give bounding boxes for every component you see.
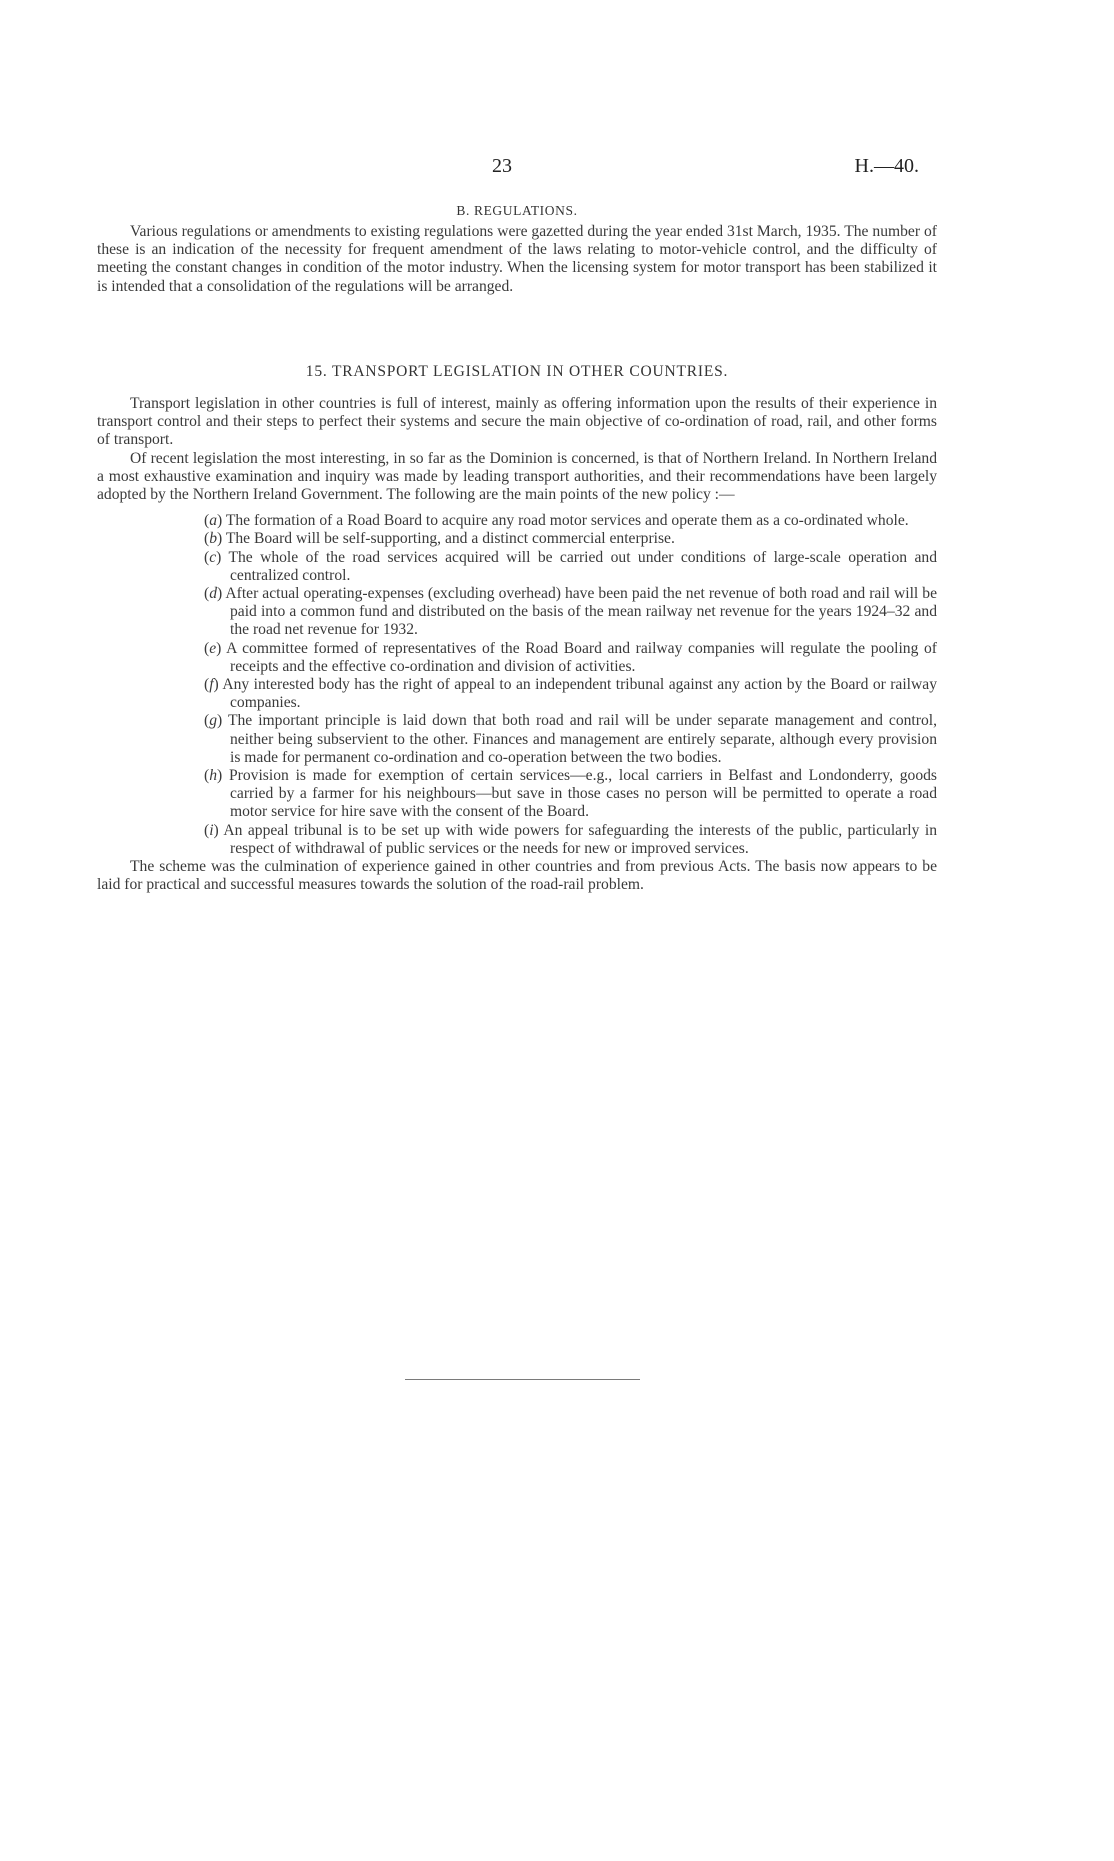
policy-point: (c) The whole of the road services acqui…: [172, 549, 937, 585]
end-rule-divider: [405, 1379, 640, 1380]
policy-point: (i) An appeal tribunal is to be set up w…: [172, 822, 937, 858]
policy-point-text: The Board will be self-supporting, and a…: [226, 530, 675, 547]
list-marker: (f): [204, 676, 219, 693]
policy-point: (f) Any interested body has the right of…: [172, 676, 937, 712]
policy-point-text: Provision is made for exemption of certa…: [229, 767, 937, 820]
policy-point-text: Any interested body has the right of app…: [222, 676, 937, 711]
policy-point-text: The whole of the road services acquired …: [228, 549, 937, 584]
policy-points-list: (a) The formation of a Road Board to acq…: [97, 512, 937, 858]
northern-ireland-paragraph: Of recent legislation the most interesti…: [97, 450, 937, 505]
list-marker: (b): [204, 530, 222, 547]
list-marker: (a): [204, 512, 222, 529]
policy-point: (a) The formation of a Road Board to acq…: [172, 512, 937, 530]
policy-point: (g) The important principle is laid down…: [172, 712, 937, 767]
policy-point-text: The formation of a Road Board to acquire…: [226, 512, 909, 529]
policy-point: (d) After actual operating-expenses (exc…: [172, 585, 937, 640]
policy-point-text: The important principle is laid down tha…: [228, 712, 937, 765]
list-marker: (c): [204, 549, 221, 566]
list-marker: (d): [204, 585, 222, 602]
document-reference: H.—40.: [855, 155, 919, 178]
list-marker: (i): [204, 822, 219, 839]
policy-point-text: After actual operating-expenses (excludi…: [225, 585, 937, 638]
policy-point: (b) The Board will be self-supporting, a…: [172, 530, 937, 548]
list-marker: (h): [204, 767, 222, 784]
regulations-paragraph: Various regulations or amendments to exi…: [97, 223, 937, 296]
conclusion-paragraph: The scheme was the culmination of experi…: [97, 858, 937, 894]
section-heading-transport-legislation: 15. TRANSPORT LEGISLATION IN OTHER COUNT…: [97, 363, 937, 381]
section-heading-regulations: B. REGULATIONS.: [97, 203, 937, 219]
policy-point-text: A committee formed of representatives of…: [226, 640, 937, 675]
policy-point: (e) A committee formed of representative…: [172, 640, 937, 676]
list-marker: (e): [204, 640, 221, 657]
intro-paragraph: Transport legislation in other countries…: [97, 395, 937, 450]
list-marker: (g): [204, 712, 222, 729]
section-transport-legislation: 15. TRANSPORT LEGISLATION IN OTHER COUNT…: [97, 363, 937, 894]
policy-point-text: An appeal tribunal is to be set up with …: [223, 822, 937, 857]
section-regulations: B. REGULATIONS. Various regulations or a…: [97, 203, 937, 296]
policy-point: (h) Provision is made for exemption of c…: [172, 767, 937, 822]
page-number: 23: [492, 155, 512, 178]
page-header: 23 H.—40.: [97, 155, 937, 185]
